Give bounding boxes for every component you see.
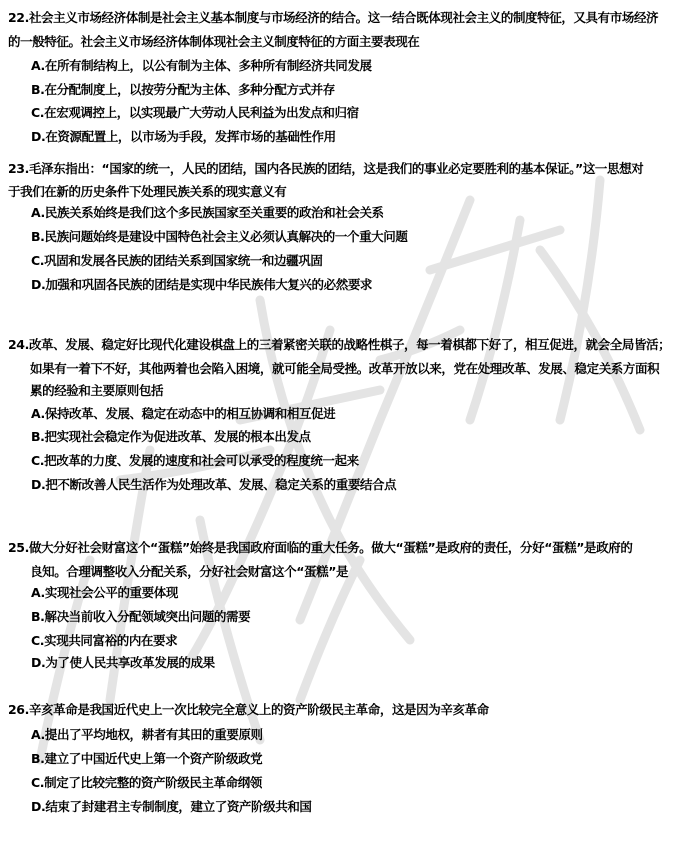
question-24-stem-line-1: 24.改革、发展、稳定好比现代化建设棋盘上的三着紧密关联的战略性棋子，每一着棋都…: [8, 337, 670, 353]
question-24-option-a: A.保持改革、发展、稳定在动态中的相互协调和相互促进: [31, 406, 335, 422]
question-25-option-d: D.为了使人民共享改革发展的成果: [31, 655, 215, 671]
question-22-option-d: D.在资源配置上，以市场为手段，发挥市场的基础性作用: [31, 129, 336, 145]
question-25-stem-line-1: 25.做大分好社会财富这个“蛋糕”始终是我国政府面临的重大任务。做大“蛋糕”是政…: [8, 540, 632, 556]
question-22-option-a: A.在所有制结构上，以公有制为主体、多种所有制经济共同发展: [31, 58, 372, 74]
question-22-option-b: B.在分配制度上，以按劳分配为主体、多种分配方式并存: [31, 82, 335, 98]
question-24-option-c: C.把改革的力度、发展的速度和社会可以承受的程度统一起来: [31, 453, 359, 469]
question-26-option-b: B.建立了中国近代史上第一个资产阶级政党: [31, 751, 262, 767]
question-26-option-c: C.制定了比较完整的资产阶级民主革命纲领: [31, 775, 262, 791]
question-25-option-b: B.解决当前收入分配领域突出问题的需要: [31, 609, 250, 625]
question-23-option-d: D.加强和巩固各民族的团结是实现中华民族伟大复兴的必然要求: [31, 277, 372, 293]
question-26-option-d: D.结束了封建君主专制制度，建立了资产阶级共和国: [31, 799, 312, 815]
question-23-stem-line-1: 23.毛泽东指出：“国家的统一，人民的团结，国内各民族的团结，这是我们的事业必定…: [8, 161, 643, 177]
question-26-stem-line-1: 26.辛亥革命是我国近代史上一次比较完全意义上的资产阶级民主革命，这是因为辛亥革…: [8, 702, 489, 718]
question-23-option-a: A.民族关系始终是我们这个多民族国家至关重要的政治和社会关系: [31, 205, 384, 221]
question-23-option-c: C.巩固和发展各民族的团结关系到国家统一和边疆巩固: [31, 253, 322, 269]
question-26-option-a: A.提出了平均地权，耕者有其田的重要原则: [31, 727, 263, 743]
question-23-stem-line-2: 于我们在新的历史条件下处理民族关系的现实意义有: [8, 184, 286, 200]
question-24-stem-line-2: 如果有一着下不好，其他两着也会陷入困境，就可能全局受挫。改革开放以来，党在处理改…: [30, 361, 659, 377]
question-22-option-c: C.在宏观调控上，以实现最广大劳动人民利益为出发点和归宿: [31, 105, 359, 121]
question-24-stem-line-3: 累的经验和主要原则包括: [30, 383, 163, 399]
question-25-option-c: C.实现共同富裕的内在要求: [31, 633, 177, 649]
question-23-option-b: B.民族问题始终是建设中国特色社会主义必须认真解决的一个重大问题: [31, 229, 407, 245]
question-25-option-a: A.实现社会公平的重要体现: [31, 585, 178, 601]
exam-page: 22.社会主义市场经济体制是社会主义基本制度与市场经济的结合。这一结合既体现社会…: [0, 0, 674, 848]
question-24-option-b: B.把实现社会稳定作为促进改革、发展的根本出发点: [31, 429, 311, 445]
question-22-stem-line-2: 的一般特征。社会主义市场经济体制体现社会主义制度特征的方面主要表现在: [8, 34, 419, 50]
question-22-stem-line-1: 22.社会主义市场经济体制是社会主义基本制度与市场经济的结合。这一结合既体现社会…: [8, 10, 658, 26]
question-25-stem-line-2: 良知。合理调整收入分配关系，分好社会财富这个“蛋糕”是: [30, 564, 348, 580]
question-24-option-d: D.把不断改善人民生活作为处理改革、发展、稳定关系的重要结合点: [31, 477, 396, 493]
